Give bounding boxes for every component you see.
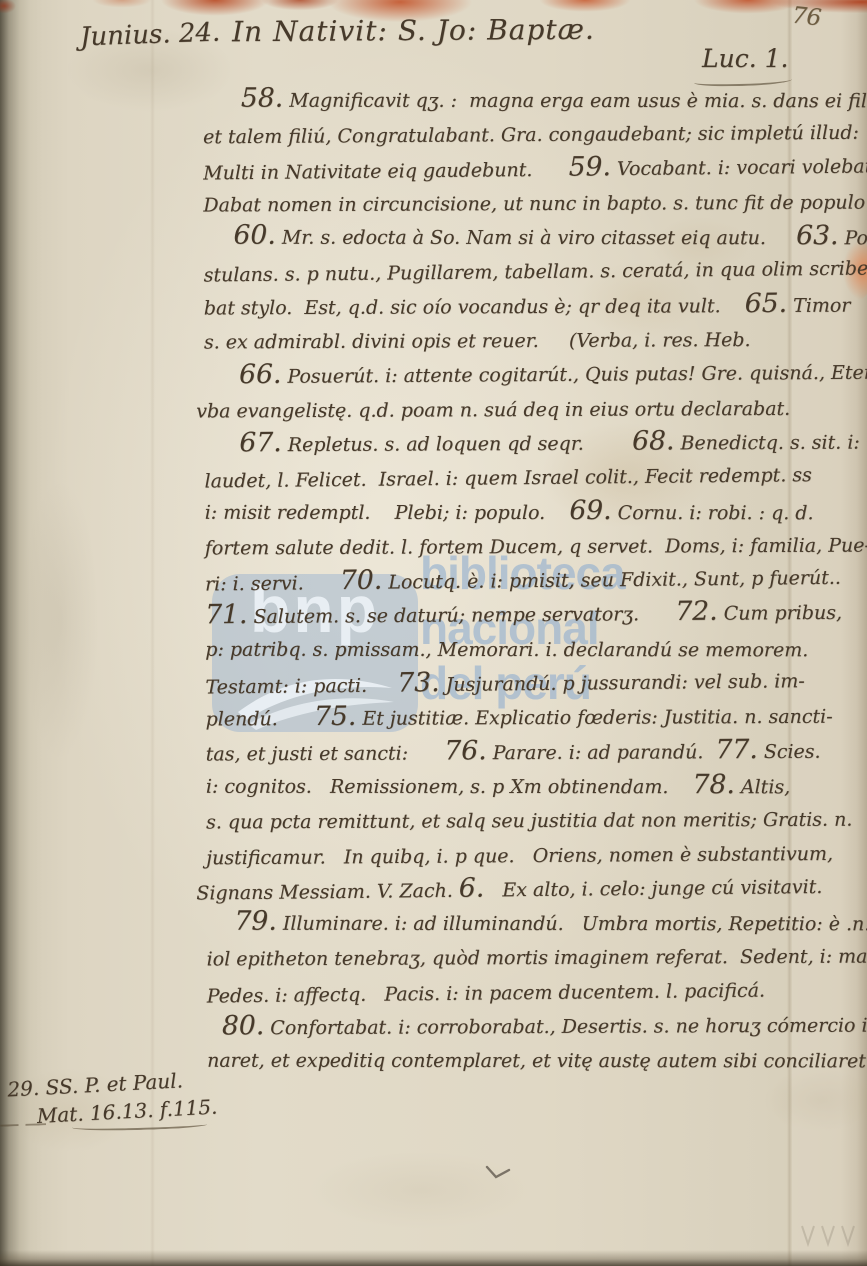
manuscript-line: naret, et expeditiq contemplaret, et vit…: [207, 1044, 867, 1079]
verse-number: 60.: [233, 220, 275, 251]
manuscript-line: s. qua pcta remittunt, et salq seu justi…: [206, 803, 866, 840]
verse-number: 6.: [459, 872, 485, 903]
manuscript-line: s. ex admirabl. divini opis et reuer. (V…: [204, 323, 864, 360]
manuscript-line: iol epitheton tenebraʒ, quòd mortis imag…: [207, 940, 867, 977]
page-title: In Nativit: S. Jo: Baptæ.: [232, 13, 595, 49]
manuscript-line: laudet, l. Felicet. Israel. i: quem Isra…: [204, 458, 864, 499]
manuscript-line: Testamt: i: pacti. 73. Jusjurandú. p jus…: [205, 664, 865, 705]
stray-ink-mark: [485, 1164, 511, 1182]
manuscript-line: et talem filiú, Congratulabant. Gra. con…: [203, 116, 863, 155]
verse-number: 75.: [314, 701, 356, 732]
manuscript-line: bat stylo. Est, q.d. sic oío vocandus è;…: [204, 288, 864, 325]
manuscript-line: i: cognitos. Remissionem, s. p Xm obtine…: [206, 770, 866, 805]
verse-number: 63.: [796, 220, 838, 251]
manuscript-line: i: misit redemptl. Plebi; i: populo. 69.…: [205, 495, 865, 530]
verse-number: 77.: [715, 734, 757, 765]
verse-number: 79.: [234, 906, 276, 937]
manuscript-line: p: patribq. s. pmissam., Memorari. i. de…: [205, 632, 865, 667]
bottom-edge-shadow: [0, 1250, 867, 1266]
verse-number: 72.: [675, 596, 718, 627]
manuscript-line: Pedes. i: affectq. Pacis. i: in pacem du…: [207, 972, 867, 1013]
verse-number: 68.: [632, 425, 674, 456]
manuscript-line: 60. Mr. s. edocta à So. Nam si à viro ci…: [233, 221, 863, 256]
manuscript-line: vba evangelistę. q.d. poam n. suá deq in…: [196, 391, 864, 428]
date-header: Junius. 24.: [80, 18, 221, 53]
manuscript-line: Dabat nomen in circuncisione, ut nunc in…: [203, 185, 863, 222]
folio-number: 76: [791, 3, 823, 32]
manuscript-line: 66. Posuerút. i: attente cogitarút., Qui…: [239, 356, 864, 395]
verse-number: 58.: [241, 83, 283, 114]
text-block: 58. Magnificavit qʒ. : magna erga eam us…: [203, 83, 867, 1080]
manuscript-line: justificamur. In quibq, i. p que. Oriens…: [206, 836, 866, 875]
verse-number: 78.: [693, 769, 735, 800]
manuscript-line: 80. Confortabat. i: corroborabat., Deser…: [222, 1009, 867, 1046]
manuscript-line: plendú. 75. Et justitiæ. Explicatio fœde…: [206, 700, 866, 737]
verse-number: 71.: [205, 599, 248, 630]
verse-number: 69.: [569, 495, 611, 526]
verse-number: 59.: [568, 151, 611, 182]
verse-number: 70.: [340, 565, 383, 596]
manuscript-line: Multi in Nativitate eiq gaudebunt. 59. V…: [203, 149, 863, 190]
manuscript-line: fortem salute dedit. l. fortem Ducem, q …: [205, 528, 865, 565]
manuscript-page: bnp biblioteca nacional del perú 76 Juni…: [0, 0, 867, 1266]
manuscript-line: 67. Repletus. s. ad loquen qd seqr. 68. …: [239, 426, 864, 463]
manuscript-line: 79. Illuminare. i: ad illuminandú. Umbra…: [234, 907, 866, 942]
manuscript-line: Signans Messiam. V. Zach. 6. Ex alto, i.…: [196, 869, 866, 910]
verse-number: 80.: [222, 1010, 264, 1041]
verse-number: 65.: [745, 288, 787, 319]
show-through-marks: [800, 1222, 860, 1250]
verse-number: 66.: [239, 359, 282, 390]
manuscript-line: tas, et justi et sancti: 76. Parare. i: …: [206, 734, 866, 771]
verse-number: 76.: [444, 735, 486, 766]
manuscript-line: 58. Magnificavit qʒ. : magna erga eam us…: [241, 84, 863, 119]
verse-number: 73.: [397, 667, 440, 698]
manuscript-line: 71. Salutem. s. se daturú; nempe servato…: [205, 596, 865, 635]
margin-note-dashes: [0, 1117, 46, 1127]
gospel-reference: Luc. 1.: [702, 44, 788, 73]
verse-number: 67.: [239, 427, 281, 458]
